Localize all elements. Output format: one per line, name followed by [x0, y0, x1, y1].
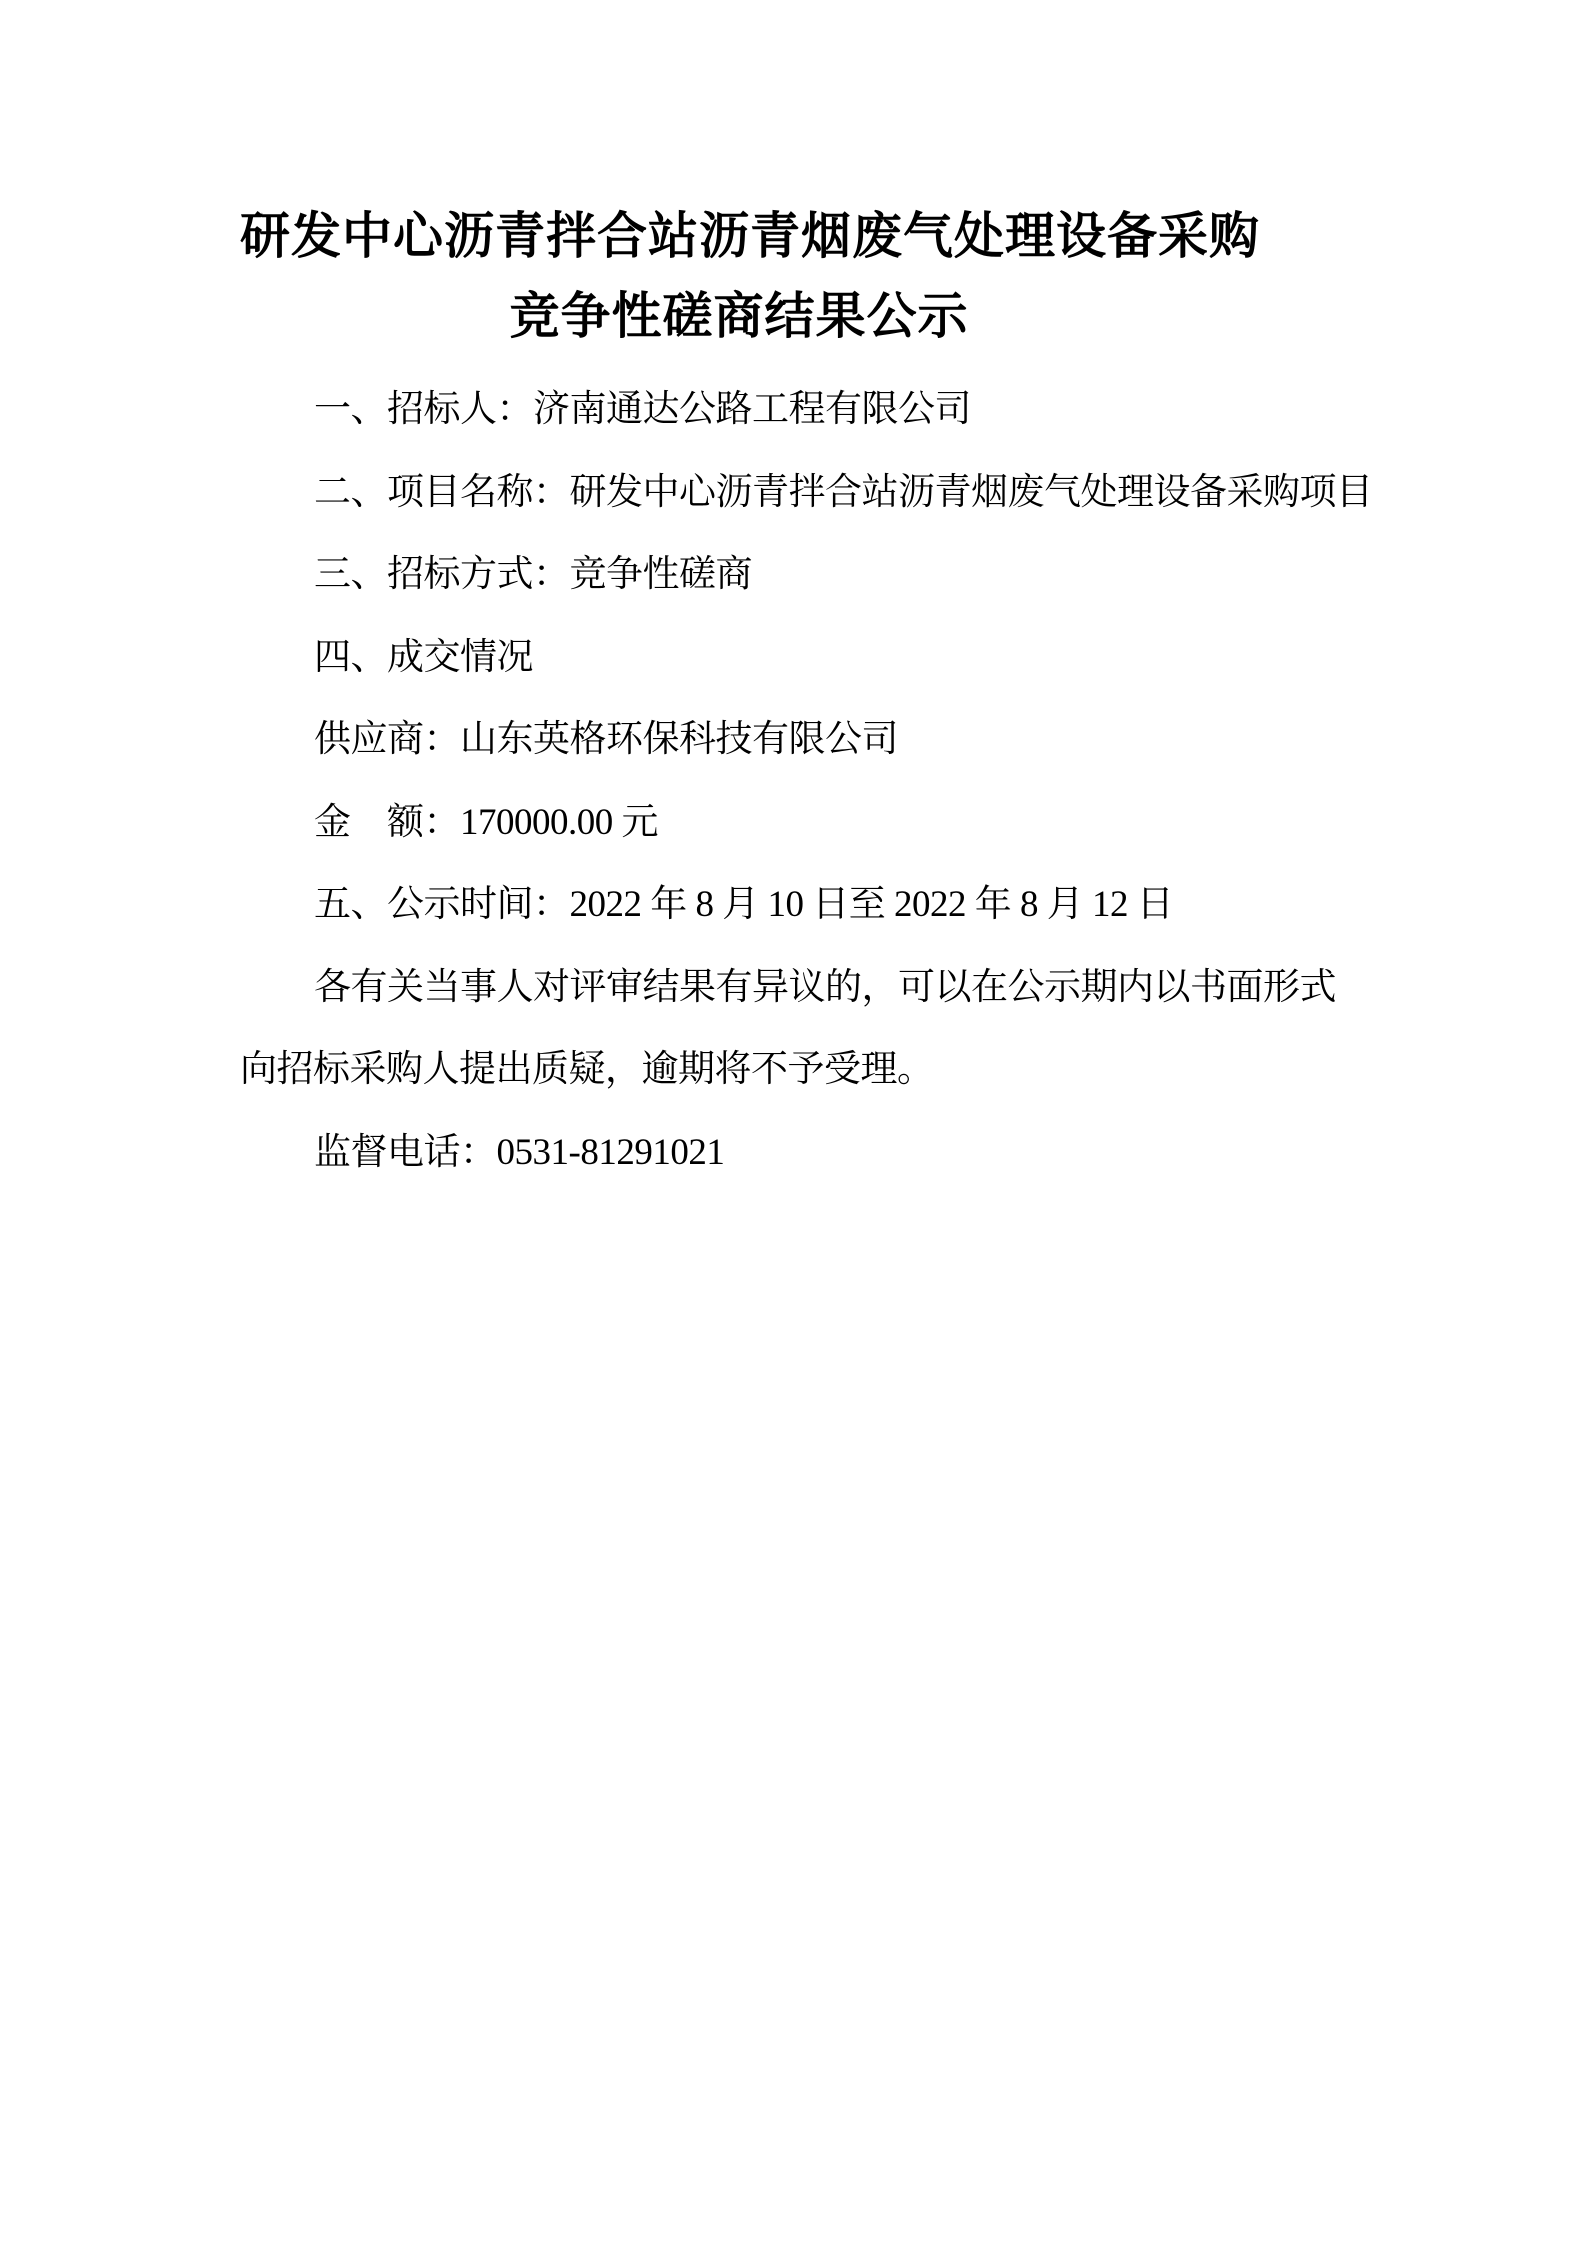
document-title-line1: 研发中心沥青拌合站沥青烟废气处理设备采购 [240, 196, 1350, 276]
notice-line-supplier: 供应商：山东英格环保科技有限公司 [240, 699, 1350, 782]
notice-line-bid-method: 三、招标方式：竞争性磋商 [240, 534, 1350, 617]
disclaimer-paragraph: 各有关当事人对评审结果有异议的，可以在公示期内以书面形式向招标采购人提出质疑，逾… [240, 947, 1350, 1112]
document-body: 一、招标人：济南通达公路工程有限公司 二、项目名称：研发中心沥青拌合站沥青烟废气… [240, 369, 1350, 1194]
document-page: 研发中心沥青拌合站沥青烟废气处理设备采购 竞争性磋商结果公示 一、招标人：济南通… [0, 0, 1587, 2245]
notice-line-publicity-period: 五、公示时间：2022 年 8 月 10 日至 2022 年 8 月 12 日 [240, 864, 1350, 947]
document-content: 研发中心沥青拌合站沥青烟废气处理设备采购 竞争性磋商结果公示 一、招标人：济南通… [240, 196, 1350, 1194]
notice-line-deal-status: 四、成交情况 [240, 617, 1350, 700]
document-title-line2: 竞争性磋商结果公示 [240, 276, 1350, 356]
notice-line-project-name: 二、项目名称：研发中心沥青拌合站沥青烟废气处理设备采购项目 [240, 452, 1350, 535]
notice-line-bidder: 一、招标人：济南通达公路工程有限公司 [240, 369, 1350, 452]
supervision-hotline-line: 监督电话：0531-81291021 [240, 1112, 1350, 1195]
notice-line-amount: 金 额：170000.00 元 [240, 782, 1350, 865]
